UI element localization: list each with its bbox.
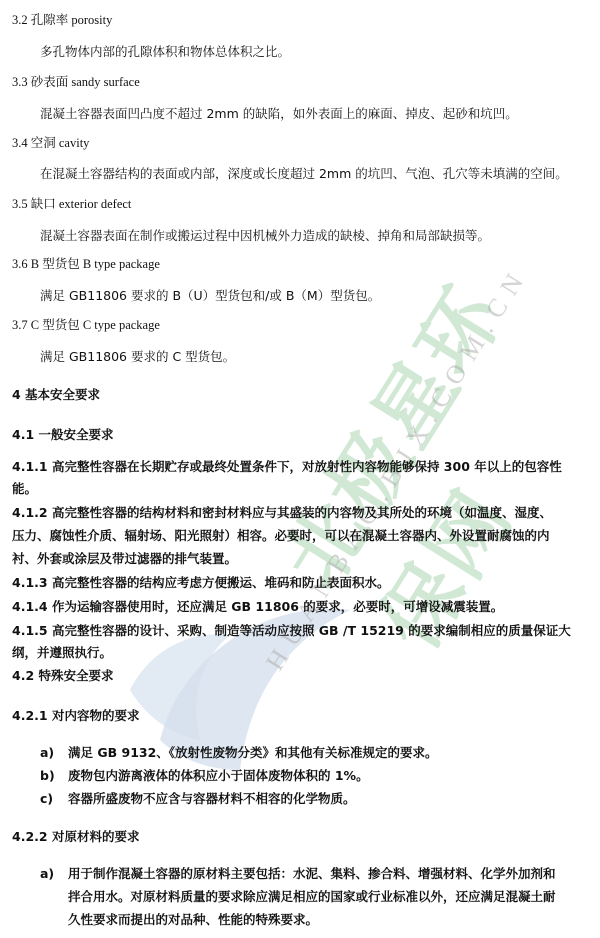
- clause-4-1-3: 4.1.3 高完整性容器的结构应考虑方便搬运、堆码和防止表面积水。: [12, 575, 389, 591]
- section-body-3-7: 满足 GB11806 要求的 C 型货包。: [40, 349, 235, 365]
- section-heading-3-7: 3.7 C 型货包 C type package: [12, 317, 160, 333]
- clause-4-1-1-line1: 4.1.1 高完整性容器在长期贮存或最终处置条件下，对放射性内容物能够保持 30…: [12, 459, 562, 475]
- section-heading-4-2-2: 4.2.2 对原材料的要求: [12, 829, 139, 845]
- section-body-3-2: 多孔物体内部的孔隙体积和物体总体积之比。: [40, 44, 290, 60]
- section-heading-3-4: 3.4 空洞 cavity: [12, 135, 89, 151]
- list-item-label: a): [40, 745, 54, 761]
- list-item-label: c): [40, 791, 53, 807]
- clause-4-1-2-line3: 衬、外套或涂层及带过滤器的排气装置。: [12, 551, 237, 567]
- clause-4-1-2-line1: 4.1.2 高完整性容器的结构材料和密封材料应与其盛装的内容物及其所处的环境（如…: [12, 505, 552, 521]
- list-item-text: 废物包内游离液体的体积应小于固体废物体积的 1%。: [68, 768, 369, 784]
- section-heading-3-6: 3.6 B 型货包 B type package: [12, 256, 160, 272]
- section-heading-3-3: 3.3 砂表面 sandy surface: [12, 74, 140, 90]
- list-item-text: 容器所盛废物不应含与容器材料不相容的化学物质。: [68, 791, 356, 807]
- clause-4-1-1-line2: 能。: [12, 481, 37, 497]
- section-heading-3-5: 3.5 缺口 exterior defect: [12, 196, 131, 212]
- clause-4-1-5-line2: 纲，并遵照执行。: [12, 645, 112, 661]
- list-item-label: b): [40, 768, 55, 784]
- list-item-label: a): [40, 866, 54, 882]
- clause-4-1-2-line2: 压力、腐蚀性介质、辐射场、阳光照射）相容。必要时，可以在混凝土容器内、外设置耐腐…: [12, 528, 550, 544]
- section-body-3-6: 满足 GB11806 要求的 B（U）型货包和/或 B（M）型货包。: [40, 288, 380, 304]
- list-item-text-line1: 用于制作混凝土容器的原材料主要包括：水泥、集料、掺合料、增强材料、化学外加剂和: [68, 866, 556, 882]
- list-item-text-line2: 拌合用水。对原材料质量的要求除应满足相应的国家或行业标准以外，还应满足混凝土耐: [68, 889, 556, 905]
- section-body-3-4: 在混凝土容器结构的表面或内部，深度或长度超过 2mm 的坑凹、气泡、孔穴等未填满…: [40, 166, 568, 182]
- list-item-text-line3: 久性要求而提出的对品种、性能的特殊要求。: [68, 912, 318, 928]
- section-body-3-3: 混凝土容器表面凹凸度不超过 2mm 的缺陷，如外表面上的麻面、掉皮、起砂和坑凹。: [40, 106, 518, 122]
- section-heading-4-1: 4.1 一般安全要求: [12, 427, 114, 443]
- section-body-3-5: 混凝土容器表面在制作或搬运过程中因机械外力造成的缺棱、掉角和局部缺损等。: [40, 228, 490, 244]
- section-heading-4-2-1: 4.2.1 对内容物的要求: [12, 708, 139, 724]
- section-heading-3-2: 3.2 孔隙率 porosity: [12, 12, 112, 28]
- chapter-4-heading: 4 基本安全要求: [12, 387, 100, 403]
- section-heading-4-2: 4.2 特殊安全要求: [12, 668, 114, 684]
- clause-4-1-5-line1: 4.1.5 高完整性容器的设计、采购、制造等活动应按照 GB /T 15219 …: [12, 623, 571, 639]
- clause-4-1-4: 4.1.4 作为运输容器使用时，还应满足 GB 11806 的要求，必要时，可增…: [12, 599, 503, 615]
- list-item-text: 满足 GB 9132、《放射性废物分类》和其他有关标准规定的要求。: [68, 745, 438, 761]
